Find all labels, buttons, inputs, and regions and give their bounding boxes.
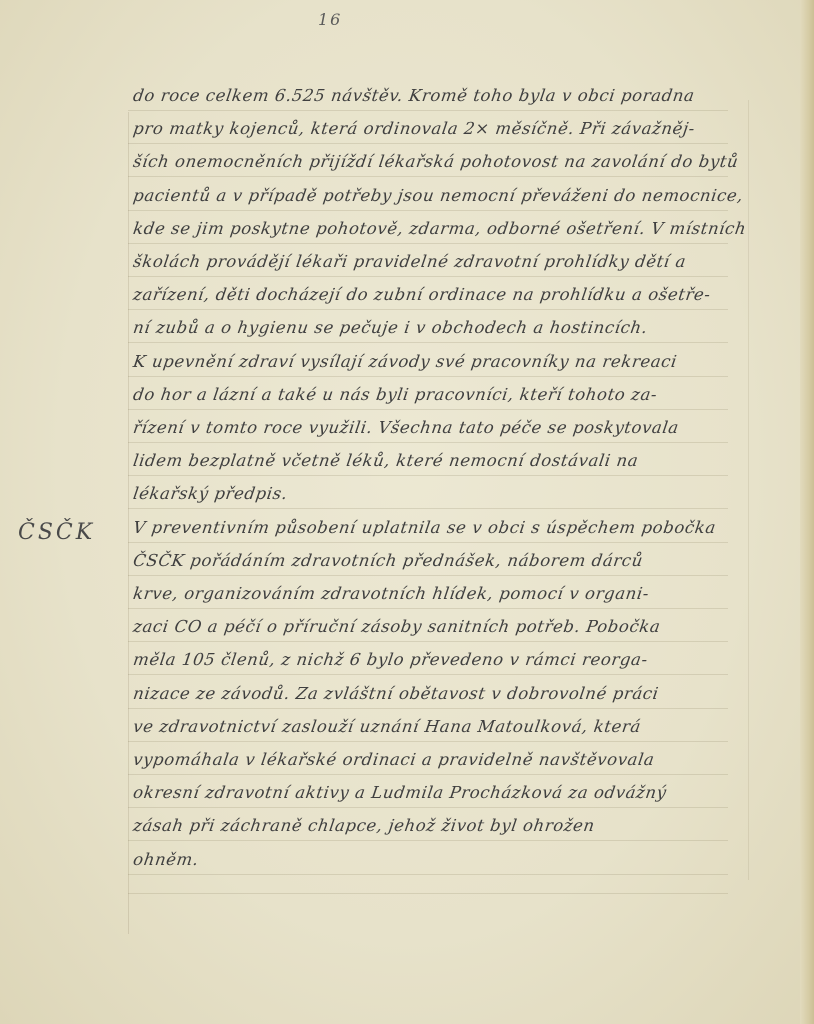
text-line: okresní zdravotní aktivy a Ludmila Proch… [132,783,750,802]
left-margin-rule [128,112,129,934]
text-line: ších onemocněních přijíždí lékařská poho… [132,152,750,171]
text-line: nizace ze závodů. Za zvláštní obětavost … [132,684,750,703]
text-line: pro matky kojenců, která ordinovala 2× m… [132,119,750,138]
text-line: ve zdravotnictví zaslouží uznání Hana Ma… [132,717,750,736]
text-line: řízení v tomto roce využili. Všechna tat… [132,418,750,437]
ruled-line [128,376,728,377]
text-line: V preventivním působení uplatnila se v o… [132,518,750,537]
page-edge [800,0,814,1024]
margin-note: ČSČK [18,520,95,545]
text-line: do hor a lázní a také u nás byli pracovn… [132,385,750,404]
ruled-line [128,442,728,443]
text-line: ohněm. [132,850,750,869]
ruled-line [128,110,728,111]
text-line: K upevnění zdraví vysílají závody své pr… [132,352,750,371]
ruled-line [128,674,728,675]
text-line: krve, organizováním zdravotních hlídek, … [132,584,750,603]
text-line: měla 105 členů, z nichž 6 bylo převedeno… [132,650,750,669]
text-line: zaci CO a péčí o příruční zásoby sanitní… [132,617,750,636]
ruled-line [128,840,728,841]
ruled-line [128,176,728,177]
ruled-line [128,708,728,709]
ruled-line [128,807,728,808]
ruled-line [128,741,728,742]
ruled-line [128,276,728,277]
ruled-line [128,243,728,244]
page-number: 16 [318,10,342,29]
text-line: ČSČK pořádáním zdravotních přednášek, ná… [132,551,750,570]
ruled-line [128,475,728,476]
ruled-line [128,641,728,642]
text-line: školách provádějí lékaři pravidelné zdra… [132,252,750,271]
text-line: lékařský předpis. [132,484,750,503]
manuscript-page: 16 ČSČK do roce celkem 6.525 návštěv. Kr… [0,0,814,1024]
text-line: pacientů a v případě potřeby jsou nemocn… [132,186,750,205]
ruled-line [128,342,728,343]
ruled-line [128,608,728,609]
text-line: lidem bezplatně včetně léků, které nemoc… [132,451,750,470]
ruled-line [128,774,728,775]
ruled-line [128,409,728,410]
text-line: zásah při záchraně chlapce, jehož život … [132,816,750,835]
text-line: do roce celkem 6.525 návštěv. Kromě toho… [132,86,750,105]
ruled-line [128,143,728,144]
text-line: zařízení, děti docházejí do zubní ordina… [132,285,750,304]
ruled-line [128,542,728,543]
ruled-line [128,210,728,211]
ruled-line [128,508,728,509]
text-line: ní zubů a o hygienu se pečuje i v obchod… [132,318,750,337]
ruled-line [128,309,728,310]
ruled-line [128,874,728,875]
text-line: vypomáhala v lékařské ordinaci a pravide… [132,750,750,769]
ruled-line [128,575,728,576]
text-line: kde se jim poskytne pohotově, zdarma, od… [132,219,750,238]
empty-ruled-area [128,893,728,934]
